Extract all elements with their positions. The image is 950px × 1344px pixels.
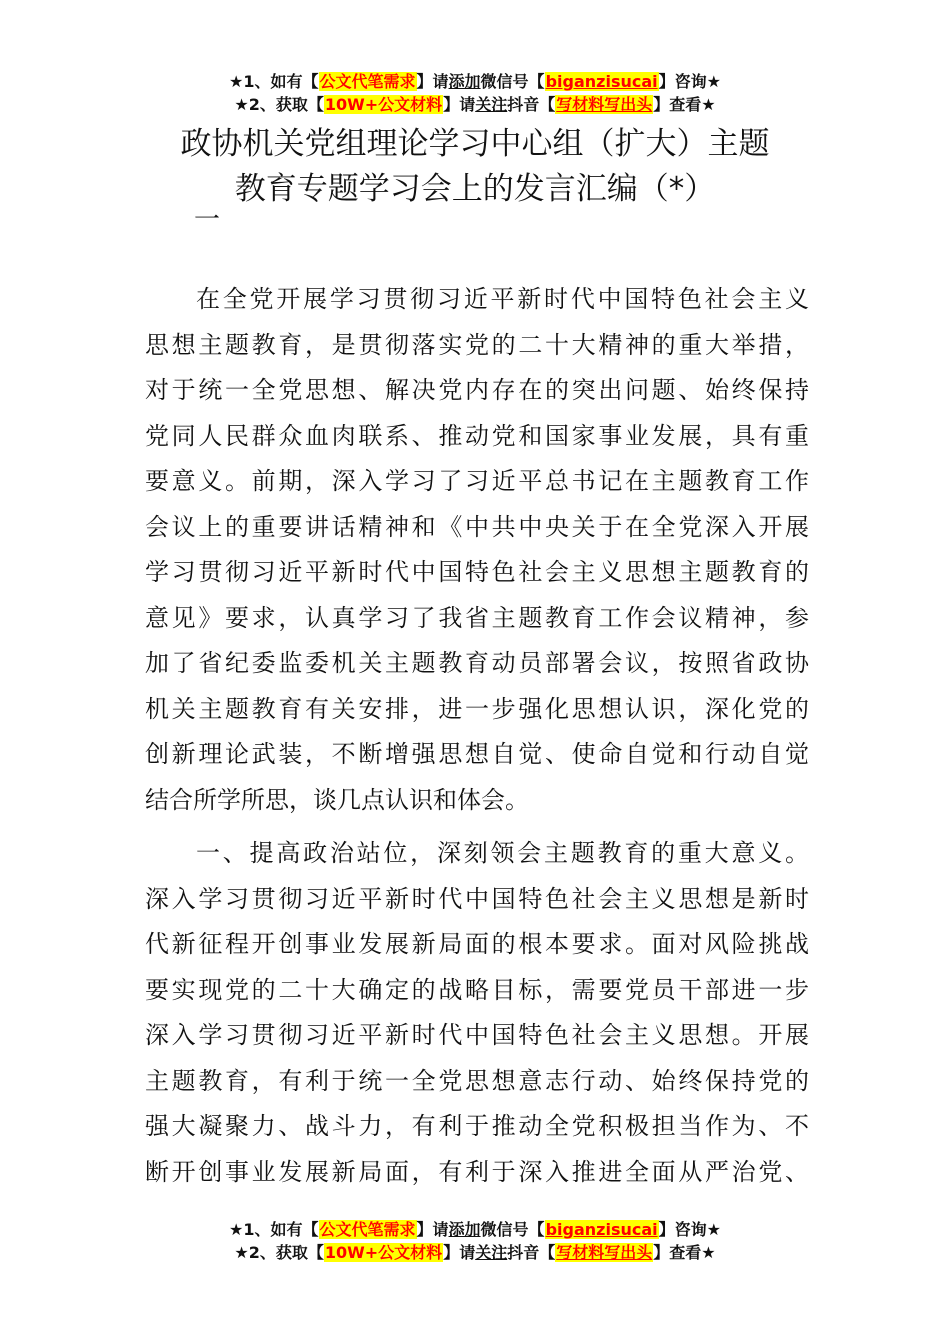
text-line: 学习贯彻习近平新时代中国特色社会主义思想主题教育的 bbox=[145, 550, 809, 596]
promo-underlined-text: 添加 bbox=[449, 72, 481, 91]
section-heading-line: 一、提高政治站位，深刻领会主题教育的重大意义。 bbox=[145, 831, 809, 877]
text-line: 深入学习贯彻习近平新时代中国特色社会主义思想是新时 bbox=[145, 877, 809, 923]
title-line-1: 政协机关党组理论学习中心组（扩大）主题 bbox=[0, 122, 950, 167]
text-line: 深入学习贯彻习近平新时代中国特色社会主义思想。开展 bbox=[145, 1013, 809, 1059]
document-body: 在全党开展学习贯彻习近平新时代中国特色社会主义 思想主题教育，是贯彻落实党的二十… bbox=[145, 277, 809, 1195]
promo-underlined-text: 添加 bbox=[449, 1220, 481, 1239]
text-line: 党同人民群众血肉联系、推动党和国家事业发展，具有重 bbox=[145, 414, 809, 460]
title-line-2: 教育专题学习会上的发言汇编（*） bbox=[0, 167, 950, 212]
promo-text: 】请 bbox=[417, 72, 449, 91]
promo-highlight-materials: 10W+公文材料 bbox=[324, 95, 443, 114]
promo-text: ★2、获取【 bbox=[234, 1243, 323, 1262]
text-line: 断开创事业发展新局面，有利于深入推进全面从严治党、 bbox=[145, 1150, 809, 1196]
promo-text: 抖音【 bbox=[507, 1243, 555, 1262]
document-page: ★1、如有【公文代笔需求】请添加微信号【biganzisucai】咨询★ ★2、… bbox=[0, 0, 950, 1344]
text-line: 创新理论武装，不断增强思想自觉、使命自觉和行动自觉 bbox=[145, 732, 809, 778]
promo-highlight-service: 公文代笔需求 bbox=[319, 72, 417, 91]
promo-text: 】咨询★ bbox=[659, 72, 721, 91]
promo-text: 抖音【 bbox=[507, 95, 555, 114]
promo-text: 微信号【 bbox=[481, 72, 545, 91]
promo-header: ★1、如有【公文代笔需求】请添加微信号【biganzisucai】咨询★ ★2、… bbox=[0, 70, 950, 116]
promo-text: ★1、如有【 bbox=[229, 72, 318, 91]
promo-text: 】查看★ bbox=[653, 1243, 715, 1262]
promo-highlight-materials: 10W+公文材料 bbox=[324, 1243, 443, 1262]
promo-highlight-douyin-account: 写材料写出头 bbox=[555, 1243, 653, 1262]
promo-text: ★1、如有【 bbox=[229, 1220, 318, 1239]
promo-footer-line-1: ★1、如有【公文代笔需求】请添加微信号【biganzisucai】咨询★ bbox=[0, 1218, 950, 1241]
promo-text: 】请 bbox=[417, 1220, 449, 1239]
paragraph-spacer bbox=[145, 823, 809, 831]
promo-text: 】咨询★ bbox=[659, 1220, 721, 1239]
promo-header-line-1: ★1、如有【公文代笔需求】请添加微信号【biganzisucai】咨询★ bbox=[0, 70, 950, 93]
promo-highlight-service: 公文代笔需求 bbox=[319, 1220, 417, 1239]
section-number: 一 bbox=[194, 200, 220, 240]
promo-header-line-2: ★2、获取【10W+公文材料】请关注抖音【写材料写出头】查看★ bbox=[0, 93, 950, 116]
promo-underlined-text: 关注 bbox=[475, 95, 507, 114]
text-line: 主题教育，有利于统一全党思想意志行动、始终保持党的 bbox=[145, 1059, 809, 1105]
promo-text: 微信号【 bbox=[481, 1220, 545, 1239]
text-line: 机关主题教育有关安排，进一步强化思想认识，深化党的 bbox=[145, 687, 809, 733]
promo-highlight-wechat-id: biganzisucai bbox=[545, 1220, 659, 1239]
text-line: 加了省纪委监委机关主题教育动员部署会议，按照省政协 bbox=[145, 641, 809, 687]
promo-footer-line-2: ★2、获取【10W+公文材料】请关注抖音【写材料写出头】查看★ bbox=[0, 1241, 950, 1264]
text-line: 要实现党的二十大确定的战略目标，需要党员干部进一步 bbox=[145, 968, 809, 1014]
promo-text: ★2、获取【 bbox=[234, 95, 323, 114]
text-line: 在全党开展学习贯彻习近平新时代中国特色社会主义 bbox=[145, 277, 809, 323]
text-line: 结合所学所思，谈几点认识和体会。 bbox=[145, 778, 809, 824]
paragraph-1: 在全党开展学习贯彻习近平新时代中国特色社会主义 思想主题教育，是贯彻落实党的二十… bbox=[145, 277, 809, 823]
promo-highlight-wechat-id: biganzisucai bbox=[545, 72, 659, 91]
text-line: 对于统一全党思想、解决党内存在的突出问题、始终保持 bbox=[145, 368, 809, 414]
promo-text: 】请 bbox=[443, 1243, 475, 1262]
paragraph-2: 一、提高政治站位，深刻领会主题教育的重大意义。 深入学习贯彻习近平新时代中国特色… bbox=[145, 831, 809, 1195]
promo-footer: ★1、如有【公文代笔需求】请添加微信号【biganzisucai】咨询★ ★2、… bbox=[0, 1218, 950, 1264]
promo-underlined-text: 关注 bbox=[475, 1243, 507, 1262]
promo-text: 】请 bbox=[443, 95, 475, 114]
text-line: 强大凝聚力、战斗力，有利于推动全党积极担当作为、不 bbox=[145, 1104, 809, 1150]
text-line: 会议上的重要讲话精神和《中共中央关于在全党深入开展 bbox=[145, 505, 809, 551]
promo-highlight-douyin-account: 写材料写出头 bbox=[555, 95, 653, 114]
text-line: 思想主题教育，是贯彻落实党的二十大精神的重大举措， bbox=[145, 323, 809, 369]
promo-text: 】查看★ bbox=[653, 95, 715, 114]
text-line: 代新征程开创事业发展新局面的根本要求。面对风险挑战 bbox=[145, 922, 809, 968]
text-line: 意见》要求，认真学习了我省主题教育工作会议精神，参 bbox=[145, 596, 809, 642]
document-title: 政协机关党组理论学习中心组（扩大）主题 教育专题学习会上的发言汇编（*） bbox=[0, 122, 950, 212]
text-line: 要意义。前期，深入学习了习近平总书记在主题教育工作 bbox=[145, 459, 809, 505]
